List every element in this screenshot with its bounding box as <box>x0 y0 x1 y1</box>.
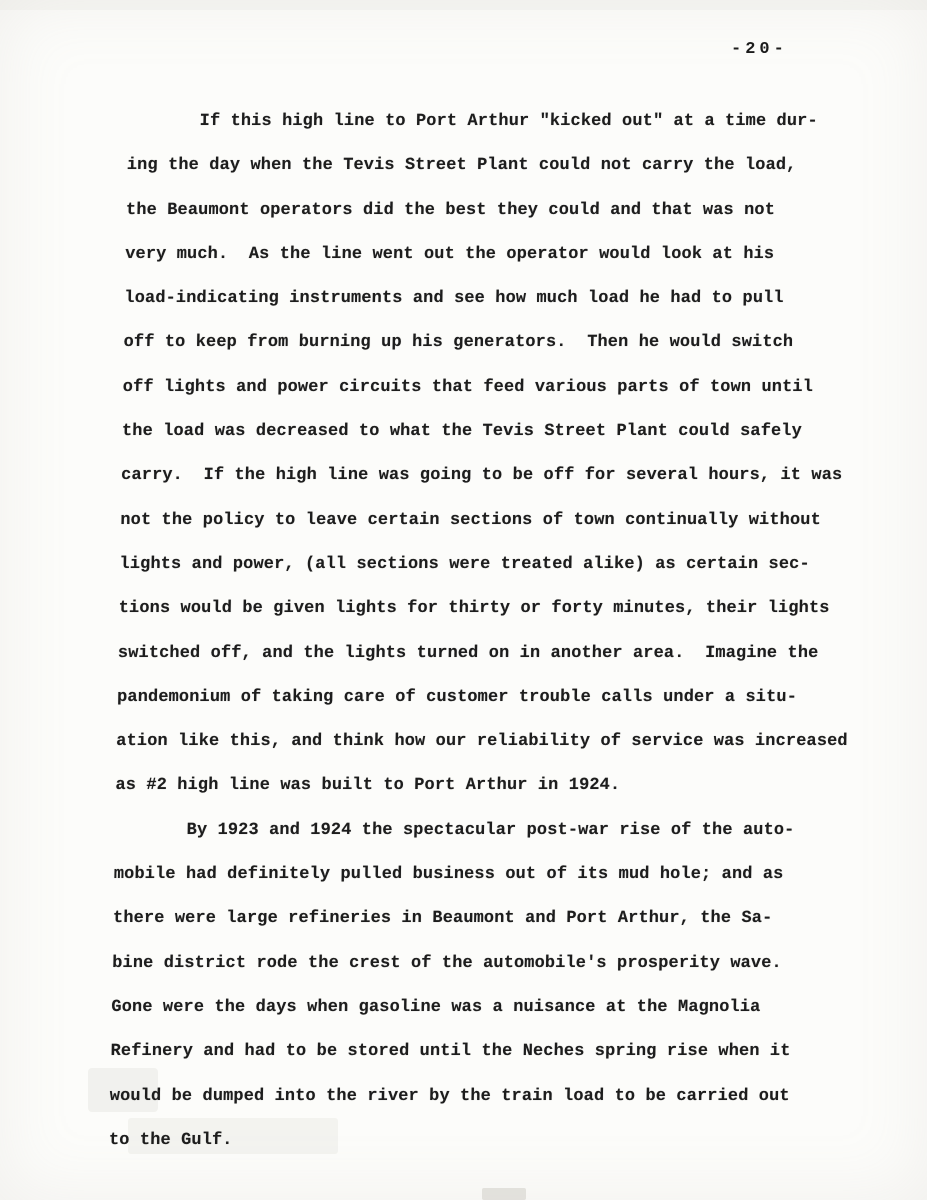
text-line: tions would be given lights for thirty o… <box>118 587 850 631</box>
text-line: load-indicating instruments and see how … <box>124 277 856 321</box>
document-page: -20- If this high line to Port Arthur "k… <box>0 0 927 1200</box>
text-line: the load was decreased to what the Tevis… <box>122 410 854 454</box>
text-line: switched off, and the lights turned on i… <box>117 632 849 676</box>
text-line: very much. As the line went out the oper… <box>125 233 857 277</box>
text-line: carry. If the high line was going to be … <box>121 454 853 498</box>
text-line: not the policy to leave certain sections… <box>120 499 852 543</box>
text-line: bine district rode the crest of the auto… <box>112 942 844 986</box>
text-line: mobile had definitely pulled business ou… <box>113 853 845 897</box>
text-line: off lights and power circuits that feed … <box>122 366 854 410</box>
text-line: as #2 high line was built to Port Arthur… <box>115 764 847 808</box>
text-line: off to keep from burning up his generato… <box>123 321 855 365</box>
text-line: Refinery and had to be stored until the … <box>110 1030 842 1074</box>
text-line: there were large refineries in Beaumont … <box>113 897 845 941</box>
text-line: pandemonium of taking care of customer t… <box>117 676 849 720</box>
scan-edge-shade <box>0 0 927 10</box>
text-line: If this high line to Port Arthur "kicked… <box>127 100 859 144</box>
text-line: ation like this, and think how our relia… <box>116 720 848 764</box>
text-line: the Beaumont operators did the best they… <box>126 189 858 233</box>
text-line: would be dumped into the river by the tr… <box>109 1075 841 1119</box>
scan-smudge <box>482 1188 526 1200</box>
text-line: Gone were the days when gasoline was a n… <box>111 986 843 1030</box>
page-number: -20- <box>731 40 788 59</box>
text-line: By 1923 and 1924 the spectacular post-wa… <box>114 809 846 853</box>
document-text: If this high line to Port Arthur "kicked… <box>109 100 860 1163</box>
text-line: ing the day when the Tevis Street Plant … <box>126 144 858 188</box>
text-line: lights and power, (all sections were tre… <box>119 543 851 587</box>
text-line: to the Gulf. <box>109 1119 841 1163</box>
